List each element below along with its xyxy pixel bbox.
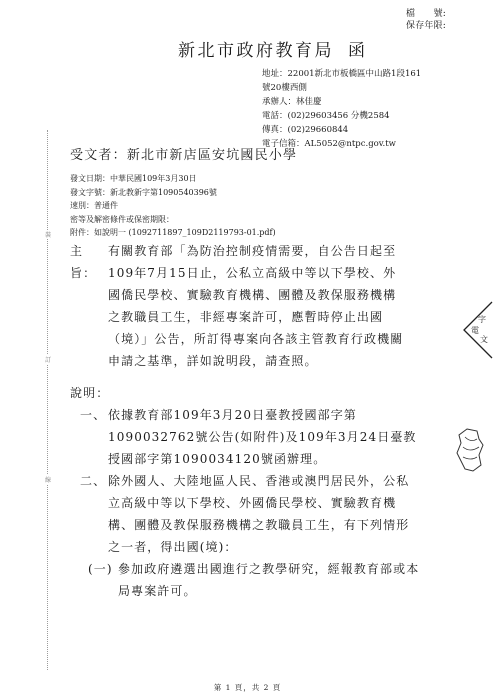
recipient-label: 受文者：: [70, 148, 127, 163]
fax: 傳真：(02)29660844: [262, 123, 487, 137]
page-indicator: 第 1 頁，共 2 頁: [0, 682, 495, 693]
svg-text:電: 電: [471, 325, 479, 335]
document-number: 發文字號：新北教新字第1090540396號: [70, 186, 276, 200]
document-type: 函: [348, 41, 368, 61]
item-text: 除外國人、大陸地區人民、香港或澳門居民外，公私立高級中等以下學校、外國僑民學校、…: [108, 470, 421, 558]
contact-block: 地址：22001新北市板橋區中山路1段161 號20樓西側 承辦人：林佳慶 電話…: [262, 67, 487, 151]
attachment: 附件：如說明一 (1092711897_109D2119793-01.pdf): [70, 226, 276, 240]
document-meta: 發文日期：中華民國109年3月30日 發文字號：新北教新字第1090540396…: [70, 172, 276, 240]
handler: 承辦人：林佳慶: [262, 95, 487, 109]
subitem-text: 參加政府遴選出國進行之教學研究，經報教育部或本局專案許可。: [118, 558, 423, 602]
address-line-2: 號20樓西側: [262, 81, 487, 95]
subject: 主旨： 有關教育部「為防治控制疫情需要，自公告日起至109年7月15日止，公私立…: [70, 240, 430, 372]
subject-text: 有關教育部「為防治控制疫情需要，自公告日起至109年7月15日止，公私立高級中等…: [108, 240, 408, 372]
explanation-label: 說明：: [70, 382, 430, 404]
item-text: 依據教育部109年3月20日臺教授國部字第1090032762號公告(如附件)及…: [108, 404, 421, 470]
retention-period: 保存年限:: [406, 20, 486, 32]
binding-mark-ding: 訂: [44, 355, 52, 364]
file-number: 檔 號:: [406, 8, 486, 20]
binding-mark-xian: 線: [44, 475, 52, 484]
seal-stamp-icon: 字 電 文: [458, 300, 494, 360]
binding-mark-zhuang: 裝: [44, 230, 52, 239]
explanation-item: 一、 依據教育部109年3月20日臺教授國部字第1090032762號公告(如附…: [80, 404, 430, 470]
recipient-value: 新北市新店區安坑國民小學: [127, 148, 297, 163]
subject-label: 主旨：: [70, 240, 108, 372]
explanation-subitem: (一) 參加政府遴選出國進行之教學研究，經報教育部或本局專案許可。: [88, 558, 430, 602]
document-body: 主旨： 有關教育部「為防治控制疫情需要，自公告日起至109年7月15日止，公私立…: [70, 240, 430, 602]
filing-info: 檔 號: 保存年限:: [406, 8, 486, 32]
delivery-speed: 速別：普通件: [70, 199, 276, 213]
agency-name: 新北市政府教育局: [178, 41, 334, 61]
item-number: 二、: [80, 470, 108, 558]
svg-text:字: 字: [478, 314, 486, 324]
retention-label: 保存年限:: [406, 20, 446, 32]
secrecy-level: 密等及解密條件或保密期限：: [70, 213, 276, 227]
subitem-number: (一): [88, 558, 118, 602]
explanation-item: 二、 除外國人、大陸地區人民、香港或澳門居民外，公私立高級中等以下學校、外國僑民…: [80, 470, 430, 558]
issue-date: 發文日期：中華民國109年3月30日: [70, 172, 276, 186]
phone: 電話：(02)29603456 分機2584: [262, 109, 487, 123]
item-number: 一、: [80, 404, 108, 470]
seal-stamp-icon: [455, 425, 485, 475]
file-number-label: 檔 號:: [406, 8, 446, 20]
binding-line: [47, 130, 49, 670]
recipient: 受文者：新北市新店區安坑國民小學: [70, 144, 297, 163]
document-title: 新北市政府教育局函: [178, 36, 368, 61]
svg-text:文: 文: [480, 334, 488, 344]
address-line-1: 地址：22001新北市板橋區中山路1段161: [262, 67, 487, 81]
